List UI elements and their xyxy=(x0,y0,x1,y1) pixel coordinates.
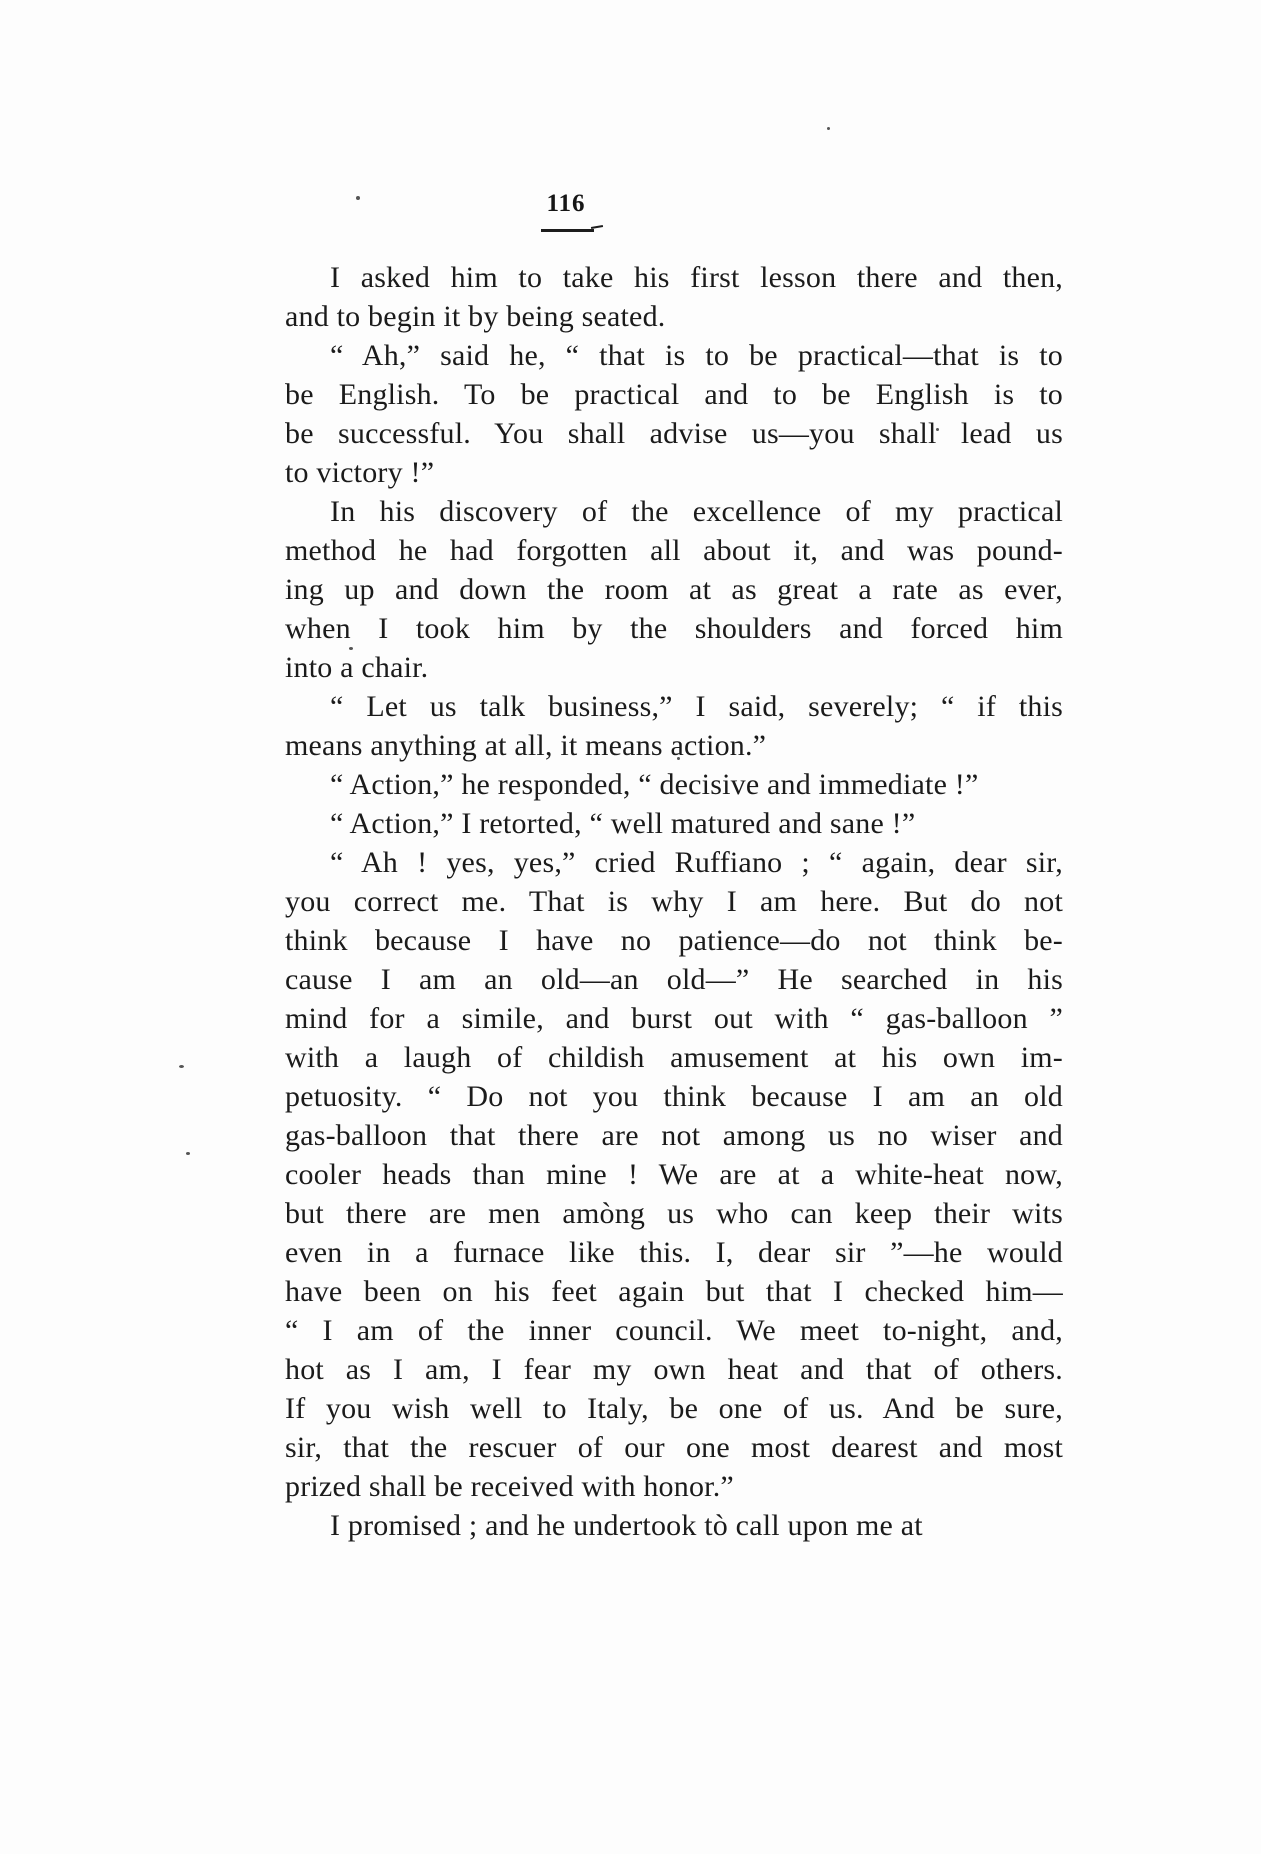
text-line: cooler heads than mine ! We are at a whi… xyxy=(285,1155,1063,1194)
scan-speck xyxy=(186,1152,190,1155)
text-line: “ I am of the inner council. We meet to-… xyxy=(285,1311,1063,1350)
text-line: be English. To be practical and to be En… xyxy=(285,375,1063,414)
book-page: 116 I asked him to take his first lesson… xyxy=(0,0,1261,1854)
text-line: I asked him to take his first lesson the… xyxy=(285,258,1063,297)
scan-speck xyxy=(827,127,830,130)
text-line: If you wish well to Italy, be one of us.… xyxy=(285,1389,1063,1428)
scan-speck xyxy=(356,196,360,200)
text-line: “ Let us talk business,” I said, severel… xyxy=(285,687,1063,726)
text-line: method he had forgotten all about it, an… xyxy=(285,531,1063,570)
text-line: I promised ; and he undertook tò call up… xyxy=(285,1506,1063,1545)
text-line: into a chair. xyxy=(285,648,1063,687)
scan-speck xyxy=(349,647,353,650)
page-number-rule xyxy=(541,229,594,232)
scan-speck xyxy=(936,428,939,431)
text-line: but there are men amòng us who can keep … xyxy=(285,1194,1063,1233)
text-line: and to begin it by being seated. xyxy=(285,297,1063,336)
text-line: be successful. You shall advise us—you s… xyxy=(285,414,1063,453)
scan-speck xyxy=(677,757,680,760)
text-line: means anything at all, it means action.” xyxy=(285,726,1063,765)
page-number: 116 xyxy=(546,190,585,218)
text-line: “ Ah,” said he, “ that is to be practica… xyxy=(285,336,1063,375)
text-line: hot as I am, I fear my own heat and that… xyxy=(285,1350,1063,1389)
text-line: petuosity. “ Do not you think because I … xyxy=(285,1077,1063,1116)
text-line: prized shall be received with honor.” xyxy=(285,1467,1063,1506)
text-line: when I took him by the shoulders and for… xyxy=(285,609,1063,648)
text-line: you correct me. That is why I am here. B… xyxy=(285,882,1063,921)
text-line: have been on his feet again but that I c… xyxy=(285,1272,1063,1311)
text-line: “ Action,” I retorted, “ well matured an… xyxy=(285,804,1063,843)
text-line: “ Ah ! yes, yes,” cried Ruffiano ; “ aga… xyxy=(285,843,1063,882)
text-line: mind for a simile, and burst out with “ … xyxy=(285,999,1063,1038)
text-line: even in a furnace like this. I, dear sir… xyxy=(285,1233,1063,1272)
text-line: ing up and down the room at as great a r… xyxy=(285,570,1063,609)
scan-speck xyxy=(179,1065,184,1068)
text-block: I asked him to take his first lesson the… xyxy=(285,258,1063,1545)
text-line: “ Action,” he responded, “ decisive and … xyxy=(285,765,1063,804)
text-line: gas-balloon that there are not among us … xyxy=(285,1116,1063,1155)
text-line: In his discovery of the excellence of my… xyxy=(285,492,1063,531)
text-line: to victory !” xyxy=(285,453,1063,492)
text-line: with a laugh of childish amusement at hi… xyxy=(285,1038,1063,1077)
text-line: sir, that the rescuer of our one most de… xyxy=(285,1428,1063,1467)
text-line: think because I have no patience—do not … xyxy=(285,921,1063,960)
text-line: cause I am an old—an old—” He searched i… xyxy=(285,960,1063,999)
